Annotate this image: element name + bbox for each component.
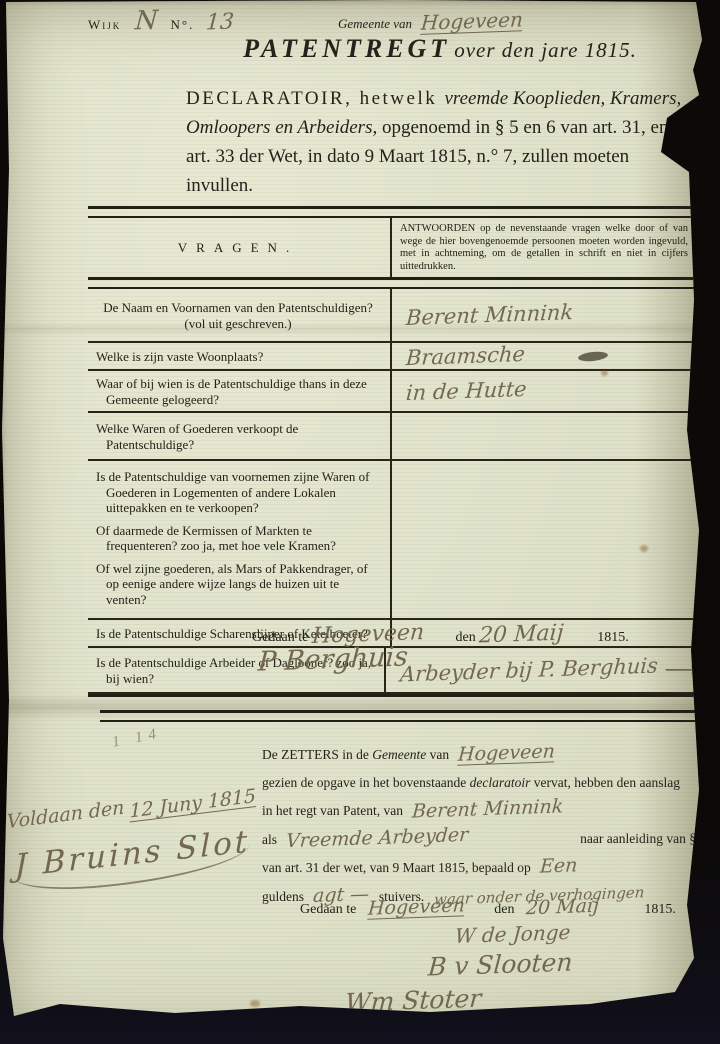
gedaan-label: Gedaan te (252, 630, 308, 645)
declarant-signature: P Berghuis (258, 644, 408, 675)
zetter-signature-1: W de Jonge (455, 922, 571, 947)
answer-cell: Arbeyder bij P. Berghuis ⟶ (386, 648, 696, 692)
vragen-header: VRAGEN. (88, 218, 392, 277)
question-cell: Is de Patentschuldige van voornemen zijn… (88, 461, 392, 618)
antwoorden-header: ANTWOORDEN op de nevenstaande vragen wel… (392, 218, 696, 277)
gemeente-value-handwritten: Hogeveen (420, 7, 524, 35)
question-cell: Waar of bij wien is de Patentschuldige t… (88, 371, 392, 411)
zetter-signature-3: Wm Stoter (345, 986, 481, 1016)
declaratoir-opening: DECLARATOIR, hetwelk (186, 88, 445, 109)
place-handwritten: Hogeveen (458, 738, 557, 769)
pen-flourish: ⟶ (664, 657, 696, 683)
zetters-text: vervat, hebben den aanslag (530, 775, 680, 790)
den-label: den (494, 902, 514, 917)
zetters-text: guldens (262, 889, 304, 904)
zetters-text: naar aanleiding van § (580, 825, 696, 853)
zetter-signature-2: B v Slooten (428, 950, 573, 980)
occupation-handwritten: Vreemde Arbeyder (285, 821, 469, 855)
answer-cell: Berent Minnink (392, 289, 696, 341)
zetters-text: van art. 31 der wet, van 9 Maart 1815, b… (262, 860, 531, 875)
answer-handwritten: Braamsche (405, 342, 526, 370)
title-word: PATENTREGT (243, 34, 450, 63)
question-note: (vol uit geschreven.) (106, 316, 380, 332)
title-rest: over den jare 1815. (454, 38, 637, 62)
answer-handwritten: Arbeyder bij P. Berghuis (400, 653, 660, 686)
question-cell: Welke is zijn vaste Woonplaats? (88, 343, 392, 369)
table-header-rule (88, 277, 696, 289)
answer-cell (392, 461, 696, 618)
receiver-signature: J Bruins Slot (13, 828, 253, 892)
table-bottom-rule (88, 694, 696, 697)
table-row: Welke Waren of Goederen verkoopt de Pate… (88, 413, 696, 461)
zetters-closing-line: Gedaan te Hogeveen den 20 Maij 1815. (300, 896, 680, 918)
answer-cell: Braamsche (392, 343, 696, 369)
voldaan-label-handwritten: Voldaan den (7, 797, 125, 834)
scanned-document: Wijk N N°. 13 Gemeente van Hogeveen PATE… (0, 0, 720, 1044)
zetters-text-italic: declaratoir (470, 775, 531, 790)
zetters-line5: van art. 31 der wet, van 9 Maart 1815, b… (262, 853, 696, 882)
year-printed: 1815. (597, 630, 629, 645)
paper-stain (250, 1000, 260, 1007)
zetters-section: De ZETTERS in de Gemeente van Hogeveen g… (262, 740, 696, 910)
section-divider-rule (100, 710, 696, 722)
table-row: De Naam en Voornamen van den Patentschul… (88, 289, 696, 343)
zetters-text: De ZETTERS in de (262, 747, 372, 762)
year-printed: 1815. (644, 902, 676, 917)
question-text: Of wel zijne goederen, als Mars of Pakke… (106, 561, 380, 608)
den-label: den (456, 630, 476, 645)
zetters-text: als (262, 832, 277, 847)
document-title: PATENTREGT over den jare 1815. (200, 34, 680, 64)
declaratoir-paragraph: DECLARATOIR, hetwelk vreemde Kooplieden,… (186, 84, 692, 200)
table-row: Is de Patentschuldige van voornemen zijn… (88, 461, 696, 620)
question-text: Welke Waren of Goederen verkoopt de Pate… (106, 421, 380, 452)
zetters-line4: als Vreemde Arbeyder naar aanleiding van… (262, 825, 696, 854)
question-text: Welke is zijn vaste Woonplaats? (106, 349, 263, 365)
question-cell: Welke Waren of Goederen verkoopt de Pate… (88, 413, 392, 459)
voldaan-date-handwritten: 12 Juny 1815 (129, 785, 256, 823)
signature-handwritten: B v Slooten (427, 947, 574, 981)
date-handwritten: 20 Maij (478, 620, 564, 648)
amount-guldens-handwritten: Een (539, 852, 578, 881)
signature-handwritten: J Bruins Slot (15, 823, 250, 896)
number-value-handwritten: 13 (205, 9, 235, 35)
table-top-rule (88, 206, 696, 218)
pencil-annotation: 1 14 (111, 725, 164, 751)
signature-handwritten: W de Jonge (454, 920, 571, 948)
answer-cell: in de Hutte (392, 371, 696, 411)
answer-handwritten: Berent Minnink (405, 300, 574, 330)
answer-handwritten: in de Hutte (405, 377, 527, 405)
question-text: Waar of bij wien is de Patentschuldige t… (106, 376, 380, 407)
name-handwritten: Berent Minnink (411, 793, 564, 826)
question-cell: De Naam en Voornamen van den Patentschul… (88, 289, 392, 341)
gemeente-line: Gemeente van Hogeveen (338, 9, 523, 33)
question-text: De Naam en Voornamen van den Patentschul… (106, 300, 380, 316)
table-row: Waar of bij wien is de Patentschuldige t… (88, 371, 696, 413)
number-label: N°. (171, 17, 195, 32)
question-text: Of daarmede de Kermissen of Markten te f… (106, 523, 380, 554)
zetters-text: van (426, 747, 449, 762)
date-handwritten: 20 Maij (525, 895, 599, 920)
gemeente-label: Gemeente van (338, 16, 412, 31)
answer-cell (392, 413, 696, 459)
zetters-line1: De ZETTERS in de Gemeente van Hogeveen (262, 740, 696, 769)
table-header-row: VRAGEN. ANTWOORDEN op de nevenstaande vr… (88, 218, 696, 277)
place-handwritten: Hogeveen (367, 894, 465, 919)
paper-stain (601, 370, 608, 376)
signature-handwritten: P Berghuis (257, 641, 409, 677)
question-text: Is de Patentschuldige van voornemen zijn… (106, 469, 380, 516)
gedaan-label: Gedaan te (300, 902, 356, 917)
zetters-text-italic: Gemeente (372, 747, 426, 762)
wijk-value-handwritten: N (133, 6, 158, 37)
document-header: Wijk N N°. 13 Gemeente van Hogeveen (88, 6, 688, 36)
paper-sheet: Wijk N N°. 13 Gemeente van Hogeveen PATE… (0, 0, 720, 1044)
wijk-label: Wijk (88, 17, 121, 32)
signature-handwritten: Wm Stoter (344, 984, 482, 1018)
paper-stain (640, 545, 648, 552)
